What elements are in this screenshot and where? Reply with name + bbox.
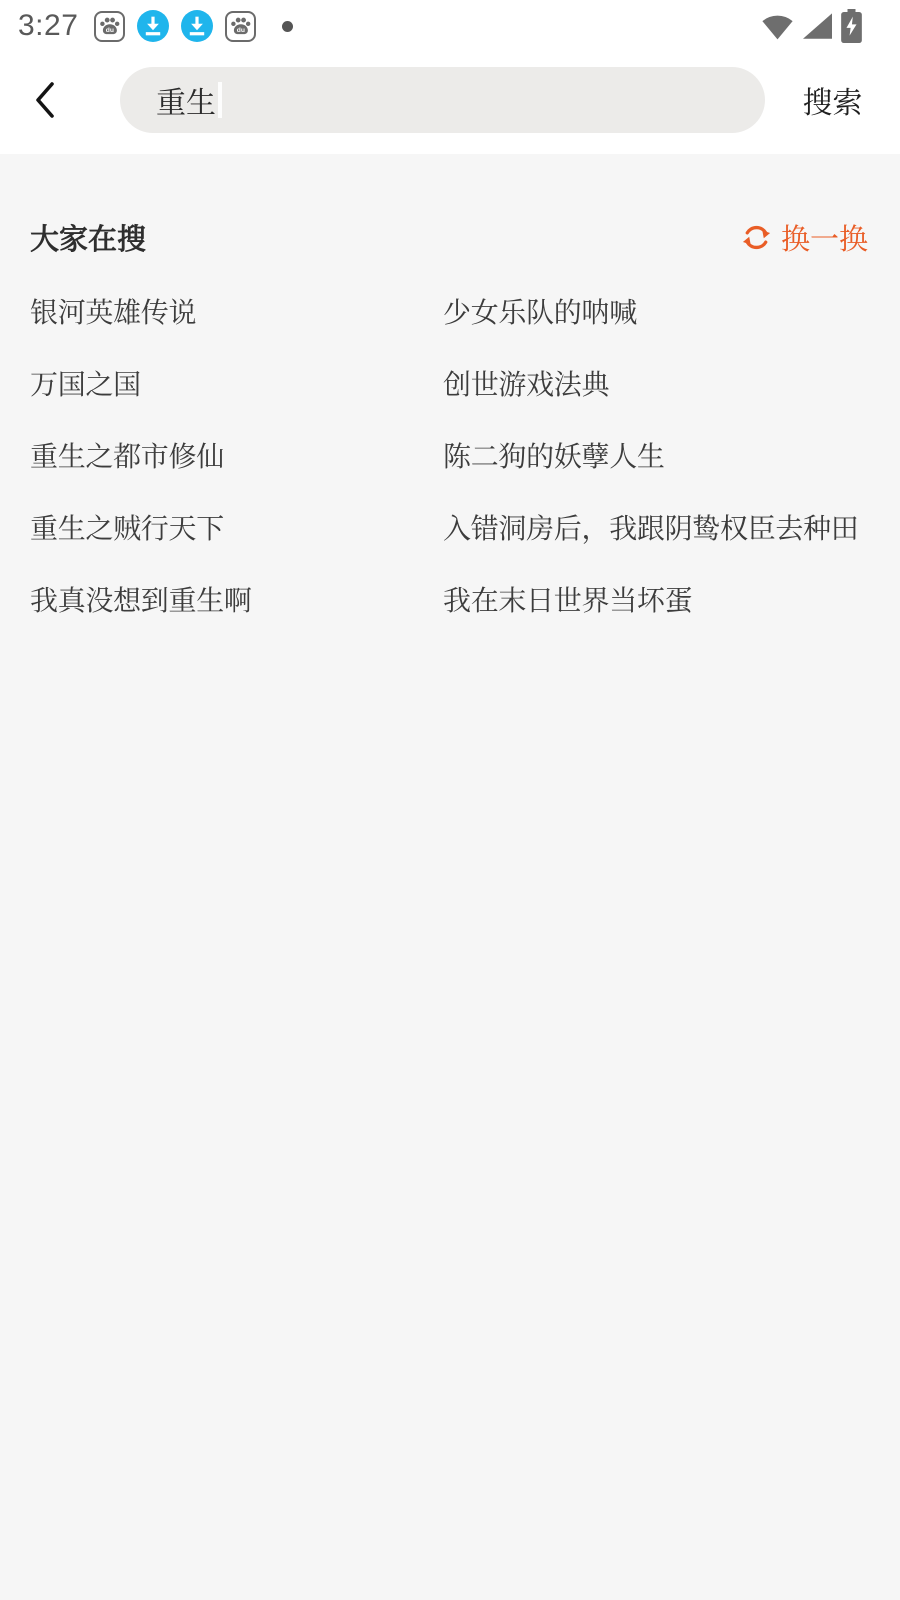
hot-search-item[interactable]: 少女乐队的呐喊: [443, 291, 900, 331]
hot-search-header: 大家在搜 换一换: [0, 220, 900, 254]
search-button[interactable]: 搜索: [765, 78, 900, 122]
baidu-app-icon: du: [225, 11, 256, 42]
hot-search-item[interactable]: 银河英雄传说: [30, 291, 443, 331]
battery-charging-icon: [841, 9, 862, 43]
section-title: 大家在搜: [30, 217, 146, 258]
svg-text:du: du: [106, 27, 114, 34]
text-cursor: [218, 82, 222, 118]
hot-search-item[interactable]: 陈二狗的妖孽人生: [443, 435, 900, 475]
refresh-button[interactable]: 换一换: [740, 217, 868, 258]
hot-search-item[interactable]: 重生之贼行天下: [30, 507, 443, 547]
hot-search-item[interactable]: 我在末日世界当坏蛋: [443, 579, 900, 619]
download-icon: [181, 10, 213, 42]
status-bar: 3:27 du: [0, 0, 900, 48]
refresh-icon: [740, 221, 773, 254]
baidu-app-icon: du: [94, 11, 125, 42]
notification-dot-icon: [282, 21, 293, 32]
search-bar: 重生 搜索: [0, 67, 900, 133]
search-query-text: 重生: [156, 78, 216, 122]
search-suggestions: 大家在搜 换一换 银河英雄传说 少女乐队的呐喊 万国之国 创世游戏法典 重生之都…: [0, 220, 900, 635]
wifi-icon: [761, 13, 794, 40]
signal-icon: [803, 13, 832, 39]
refresh-label: 换一换: [781, 217, 868, 258]
system-status-icons: [761, 9, 862, 43]
back-button[interactable]: [0, 67, 120, 133]
download-icon: [137, 10, 169, 42]
hot-search-item[interactable]: 创世游戏法典: [443, 363, 900, 403]
hot-search-item[interactable]: 万国之国: [30, 363, 443, 403]
status-time: 3:27: [18, 9, 78, 43]
search-input[interactable]: 重生: [120, 67, 765, 133]
notification-icons: du: [94, 10, 293, 42]
svg-text:du: du: [237, 27, 245, 34]
hot-search-item[interactable]: 重生之都市修仙: [30, 435, 443, 475]
back-chevron-icon: [31, 80, 59, 120]
hot-search-list: 银河英雄传说 少女乐队的呐喊 万国之国 创世游戏法典 重生之都市修仙 陈二狗的妖…: [30, 275, 900, 635]
app-header: 3:27 du: [0, 0, 900, 154]
hot-search-item[interactable]: 我真没想到重生啊: [30, 579, 443, 619]
hot-search-item[interactable]: 入错洞房后，我跟阴鸷权臣去种田: [443, 507, 900, 547]
search-screen: 3:27 du: [0, 0, 900, 1600]
